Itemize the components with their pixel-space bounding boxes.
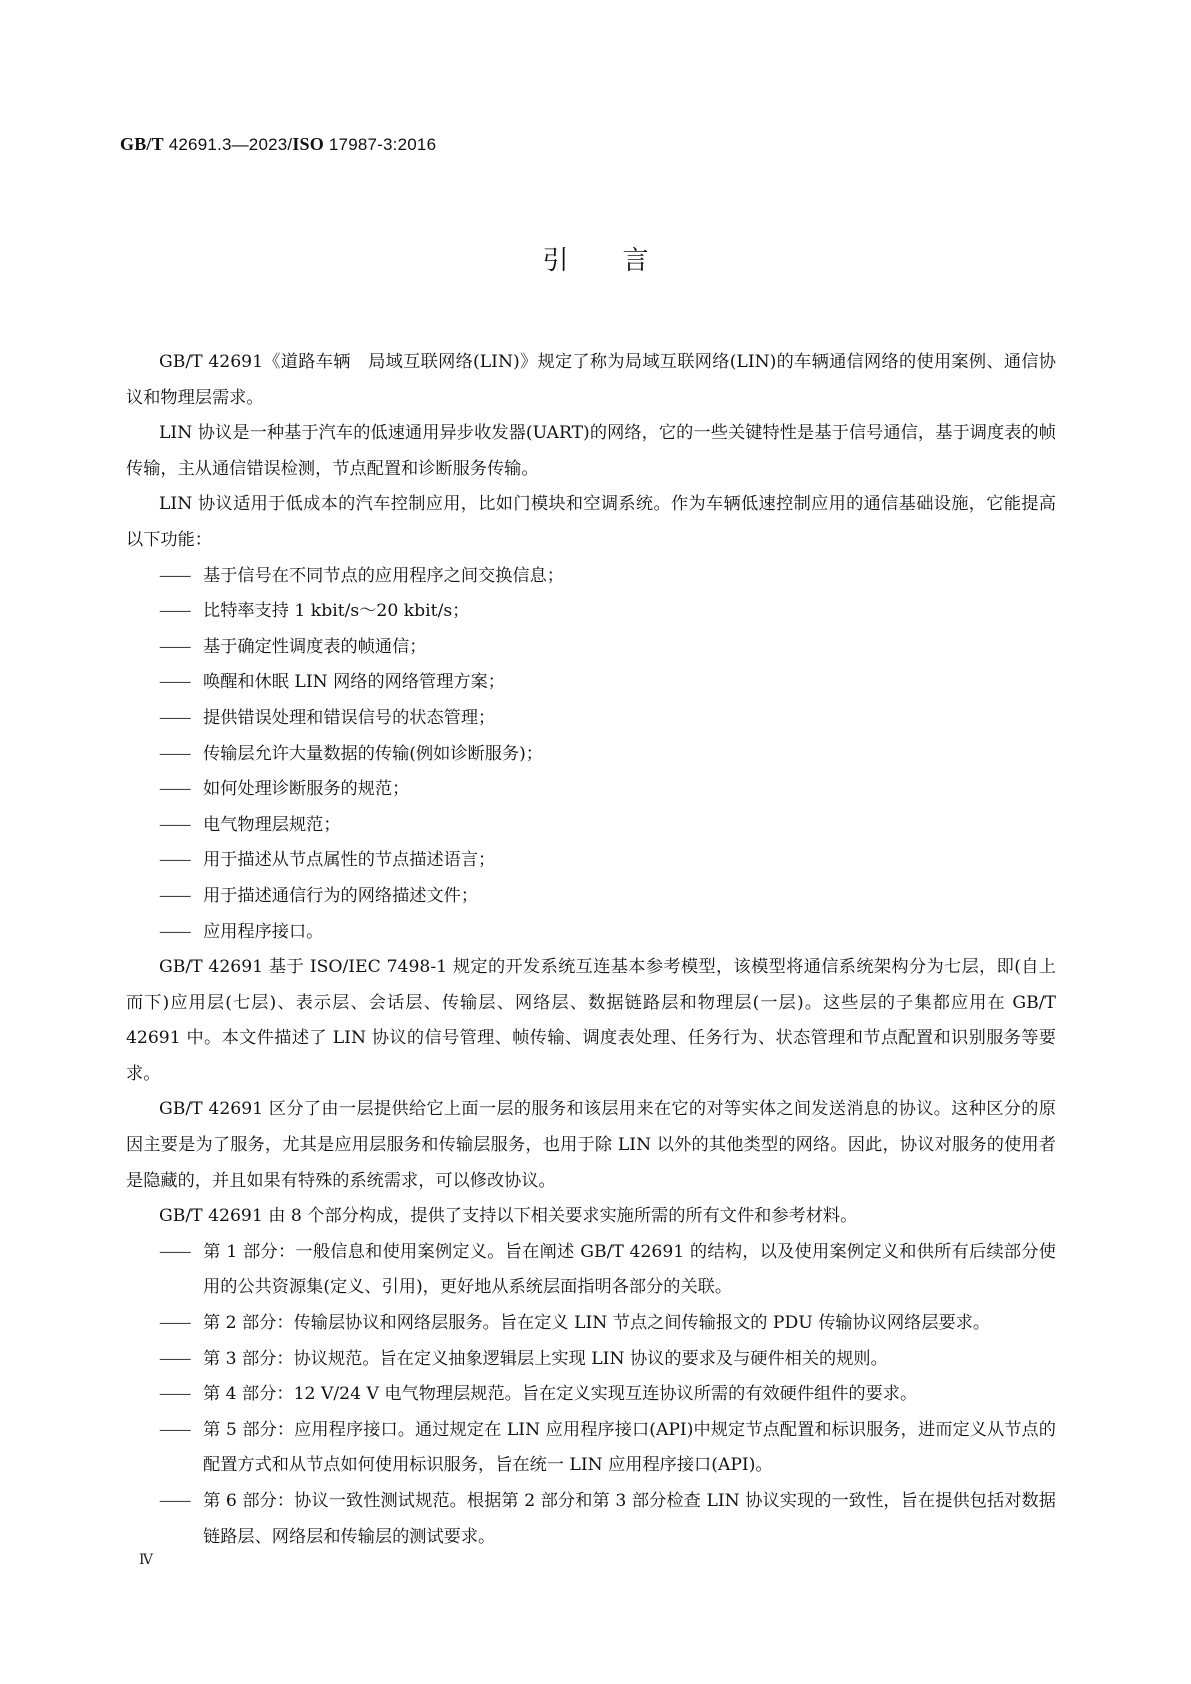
dash-marker: —— — [159, 701, 203, 737]
dash-marker: —— — [159, 772, 203, 808]
dash-marker: —— — [159, 1306, 203, 1342]
dash-marker: —— — [159, 1235, 203, 1271]
dash-marker: —— — [159, 1377, 203, 1413]
title-char-1: 引 — [542, 240, 568, 277]
paragraph-osi-model: GB/T 42691 基于 ISO/IEC 7498-1 规定的开发系统互连基本… — [126, 950, 1056, 1092]
list-item: ——第 1 部分：一般信息和使用案例定义。旨在阐述 GB/T 42691 的结构… — [126, 1235, 1056, 1306]
dash-marker: —— — [159, 843, 203, 879]
list-item: ——用于描述从节点属性的节点描述语言； — [126, 843, 1056, 879]
dash-marker: —— — [159, 1342, 203, 1378]
code-number: 42691.3—2023/ — [164, 135, 293, 154]
list-item: ——基于信号在不同节点的应用程序之间交换信息； — [126, 559, 1056, 595]
parts-list: ——第 1 部分：一般信息和使用案例定义。旨在阐述 GB/T 42691 的结构… — [126, 1235, 1056, 1555]
code-iso-prefix: ISO — [292, 134, 324, 154]
list-item: ——比特率支持 1 kbit/s～20 kbit/s； — [126, 594, 1056, 630]
page-number: Ⅳ — [139, 1552, 153, 1569]
dash-marker: —— — [159, 630, 203, 666]
dash-marker: —— — [159, 808, 203, 844]
list-item: ——第 4 部分：12 V/24 V 电气物理层规范。旨在定义实现互连协议所需的… — [126, 1377, 1056, 1413]
list-item: ——第 3 部分：协议规范。旨在定义抽象逻辑层上实现 LIN 协议的要求及与硬件… — [126, 1342, 1056, 1378]
dash-marker: —— — [159, 879, 203, 915]
dash-marker: —— — [159, 737, 203, 773]
dash-marker: —— — [159, 1413, 203, 1449]
list-item: ——第 5 部分：应用程序接口。通过规定在 LIN 应用程序接口(API)中规定… — [126, 1413, 1056, 1484]
list-item: ——应用程序接口。 — [126, 915, 1056, 951]
document-body: GB/T 42691《道路车辆 局域互联网络(LIN)》规定了称为局域互联网络(… — [126, 345, 1056, 1555]
list-item: ——电气物理层规范； — [126, 808, 1056, 844]
list-item: ——唤醒和休眠 LIN 网络的网络管理方案； — [126, 665, 1056, 701]
paragraph-parts-intro: GB/T 42691 由 8 个部分构成，提供了支持以下相关要求实施所需的所有文… — [126, 1199, 1056, 1235]
list-item: ——第 2 部分：传输层协议和网络层服务。旨在定义 LIN 节点之间传输报文的 … — [126, 1306, 1056, 1342]
code-iso-number: 17987-3:2016 — [324, 135, 436, 154]
list-item: ——如何处理诊断服务的规范； — [126, 772, 1056, 808]
list-item: ——第 6 部分：协议一致性测试规范。根据第 2 部分和第 3 部分检查 LIN… — [126, 1484, 1056, 1555]
list-item: ——提供错误处理和错误信号的状态管理； — [126, 701, 1056, 737]
title-char-2: 言 — [623, 240, 649, 277]
page-title: 引言 — [0, 240, 1191, 277]
dash-marker: —— — [159, 1484, 203, 1520]
dash-marker: —— — [159, 559, 203, 595]
list-item: ——基于确定性调度表的帧通信； — [126, 630, 1056, 666]
dash-marker: —— — [159, 594, 203, 630]
paragraph-service-protocol: GB/T 42691 区分了由一层提供给它上面一层的服务和该层用来在它的对等实体… — [126, 1092, 1056, 1199]
paragraph-scope: GB/T 42691《道路车辆 局域互联网络(LIN)》规定了称为局域互联网络(… — [126, 345, 1056, 416]
list-item: ——传输层允许大量数据的传输(例如诊断服务)； — [126, 737, 1056, 773]
dash-marker: —— — [159, 665, 203, 701]
dash-marker: —— — [159, 915, 203, 951]
paragraph-lin-overview: LIN 协议是一种基于汽车的低速通用异步收发器(UART)的网络，它的一些关键特… — [126, 416, 1056, 487]
document-code-header: GB/T 42691.3—2023/ISO 17987-3:2016 — [120, 134, 436, 155]
paragraph-lin-applications: LIN 协议适用于低成本的汽车控制应用，比如门模块和空调系统。作为车辆低速控制应… — [126, 487, 1056, 558]
feature-list: ——基于信号在不同节点的应用程序之间交换信息； ——比特率支持 1 kbit/s… — [126, 559, 1056, 951]
list-item: ——用于描述通信行为的网络描述文件； — [126, 879, 1056, 915]
code-prefix: GB/T — [120, 134, 164, 154]
